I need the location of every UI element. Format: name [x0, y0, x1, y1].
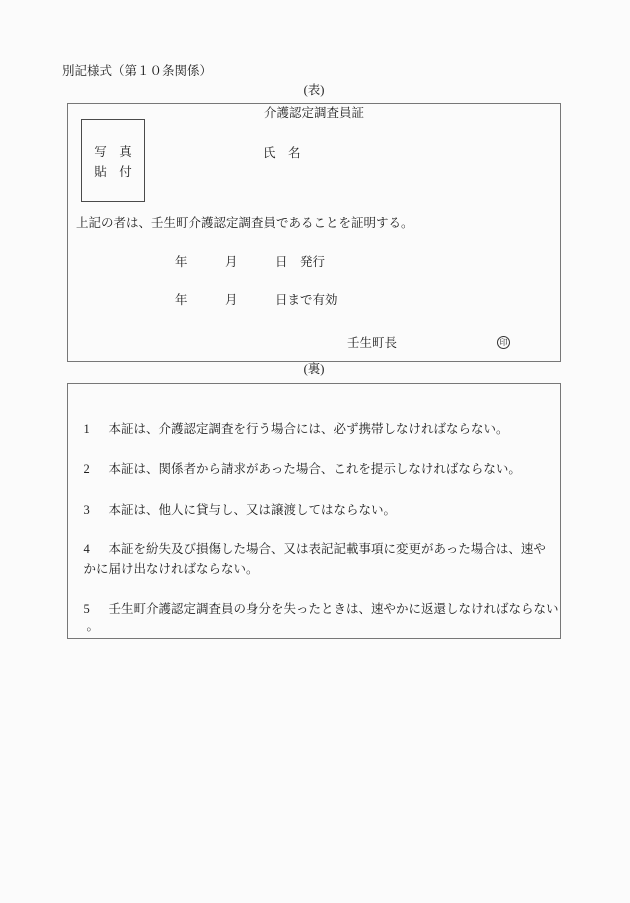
photo-label-line2: 貼 付	[94, 162, 132, 182]
photo-label-line1: 写 真	[94, 142, 132, 162]
rule-item-5: 5壬生町介護認定調査員の身分を失ったときは、速やかに返還しなければならない	[71, 587, 559, 632]
rule-item-1: 1本証は、介護認定調査を行う場合には、必ず携帯しなければならない。	[71, 407, 509, 452]
certify-sentence: 上記の者は、壬生町介護認定調査員であることを証明する。	[76, 216, 414, 231]
rule-item-4-continuation: かに届け出なければならない。	[71, 547, 259, 592]
rule-text: 本証は、介護認定調査を行う場合には、必ず携帯しなければならない。	[109, 422, 509, 436]
rule-text: 本証は、他人に貸与し、又は譲渡してはならない。	[109, 503, 397, 517]
mayor-label: 壬生町長	[347, 336, 397, 351]
rule-number: 2	[84, 462, 109, 477]
rule-number: 3	[84, 503, 109, 518]
rule-item-2: 2本証は、関係者から請求があった場合、これを提示しなければならない。	[71, 447, 521, 492]
rule-text: 本証は、関係者から請求があった場合、これを提示しなければならない。	[109, 462, 521, 476]
rule-text: 。	[87, 619, 100, 633]
rule-item-5-continuation: 。	[74, 604, 99, 649]
front-side-caption: (表)	[67, 83, 561, 98]
rule-text: 壬生町介護認定調査員の身分を失ったときは、速やかに返還しなければならない	[109, 602, 559, 616]
rule-number: 1	[84, 422, 109, 437]
seal-icon: 印	[497, 336, 510, 349]
form-style-label: 別記様式（第１０条関係）	[62, 64, 212, 79]
document-page: 別記様式（第１０条関係） (表) 介護認定調査員証 写 真 貼 付 氏 名 上記…	[0, 0, 630, 903]
rule-text: かに届け出なければならない。	[84, 562, 259, 576]
name-field-label: 氏 名	[263, 146, 301, 161]
issue-date-line: 年 月 日 発行	[175, 255, 325, 270]
seal-character: 印	[500, 337, 508, 348]
back-side-caption: (裏)	[67, 362, 561, 377]
valid-until-line: 年 月 日まで有効	[175, 293, 338, 308]
photo-attach-box: 写 真 貼 付	[81, 119, 145, 202]
